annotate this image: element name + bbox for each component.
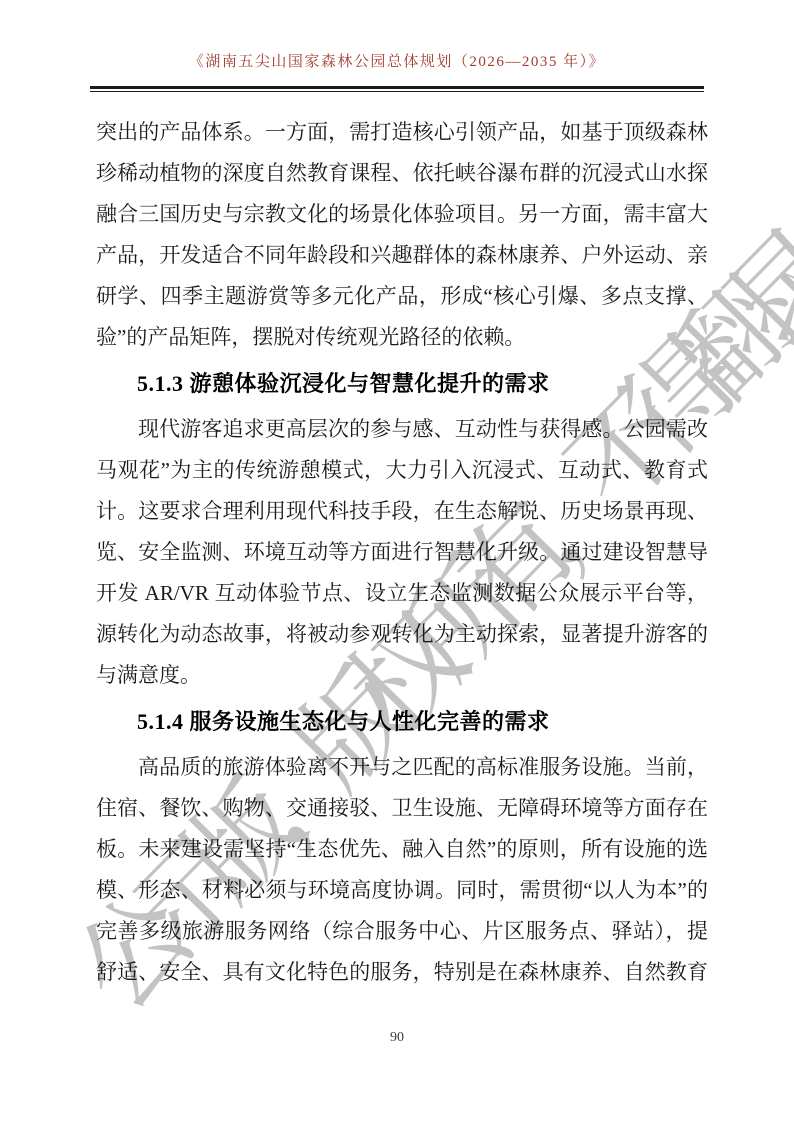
paragraph: 突出的产品体系。一方面，需打造核心引领产品，如基于顶级森林群落和珍稀动植物的深度… — [96, 112, 708, 358]
paragraph-line: 模、形态、材料必须与环境高度协调。同时，需贯彻“以人为本”的理念， — [96, 870, 708, 911]
paragraph-line: 产品，开发适合不同年龄段和兴趣群体的森林康养、户外运动、亲子自然 — [96, 235, 708, 276]
header-divider-rule — [90, 86, 704, 92]
paragraph-line: 研学、四季主题游赏等多元化产品，形成“核心引爆、多点支撑、全域体 — [96, 276, 708, 317]
paragraph-line: 融合三国历史与宗教文化的场景化体验项目。另一方面，需丰富大众休闲 — [96, 194, 708, 235]
paragraph-line: 珍稀动植物的深度自然教育课程、依托峡谷瀑布群的沉浸式山水探秘线路、 — [96, 153, 708, 194]
paragraph-line: 现代游客追求更高层次的参与感、互动性与获得感。公园需改变以“走 — [96, 409, 708, 450]
paragraph-line: 马观花”为主的传统游憩模式，大力引入沉浸式、互动式、教育式的体验设 — [96, 450, 708, 491]
document-page: 公示版，版权所有，不得翻录 《湖南五尖山国家森林公园总体规划（2026—2035… — [0, 0, 794, 1122]
paragraph-line: 住宿、餐饮、购物、交通接驳、卫生设施、无障碍环境等方面存在明显短 — [96, 788, 708, 829]
page-number: 90 — [0, 1030, 794, 1046]
paragraph-line: 突出的产品体系。一方面，需打造核心引领产品，如基于顶级森林群落和 — [96, 112, 708, 153]
section-heading-5-1-4: 5.1.4 服务设施生态化与人性化完善的需求 — [137, 701, 708, 742]
paragraph-line: 览、安全监测、环境互动等方面进行智慧化升级。通过建设智慧导览系统、 — [96, 532, 708, 573]
paragraph-line: 舒适、安全、具有文化特色的服务，特别是在森林康养、自然教育等专项设 — [96, 952, 708, 993]
paragraph-line: 验”的产品矩阵，摆脱对传统观光路径的依赖。 — [96, 317, 708, 358]
paragraph: 高品质的旅游体验离不开与之匹配的高标准服务设施。当前，公园在住宿、餐饮、购物、交… — [96, 747, 708, 993]
paragraph-line: 源转化为动态故事，将被动参观转化为主动探索，显著提升游客的沉浸感 — [96, 614, 708, 655]
paragraph-line: 计。这要求合理利用现代科技手段，在生态解说、历史场景再现、虚拟导 — [96, 491, 708, 532]
running-header-title: 《湖南五尖山国家森林公园总体规划（2026—2035 年）》 — [90, 50, 704, 71]
paragraph-line: 与满意度。 — [96, 655, 708, 696]
paragraph-line: 完善多级旅游服务网络（综合服务中心、片区服务点、驿站），提供便捷、 — [96, 911, 708, 952]
header-rule-thin-line — [90, 91, 704, 92]
paragraph-line: 板。未来建设需坚持“生态优先、融入自然”的原则，所有设施的选址、规 — [96, 829, 708, 870]
paragraph-line: 开发 AR/VR 互动体验节点、设立生态监测数据公众展示平台等，将静态资 — [96, 573, 708, 614]
paragraph: 现代游客追求更高层次的参与感、互动性与获得感。公园需改变以“走马观花”为主的传统… — [96, 409, 708, 696]
section-heading-5-1-3: 5.1.3 游憩体验沉浸化与智慧化提升的需求 — [137, 363, 708, 404]
paragraph-line: 高品质的旅游体验离不开与之匹配的高标准服务设施。当前，公园在 — [96, 747, 708, 788]
body-text-block: 突出的产品体系。一方面，需打造核心引领产品，如基于顶级森林群落和珍稀动植物的深度… — [96, 112, 708, 993]
